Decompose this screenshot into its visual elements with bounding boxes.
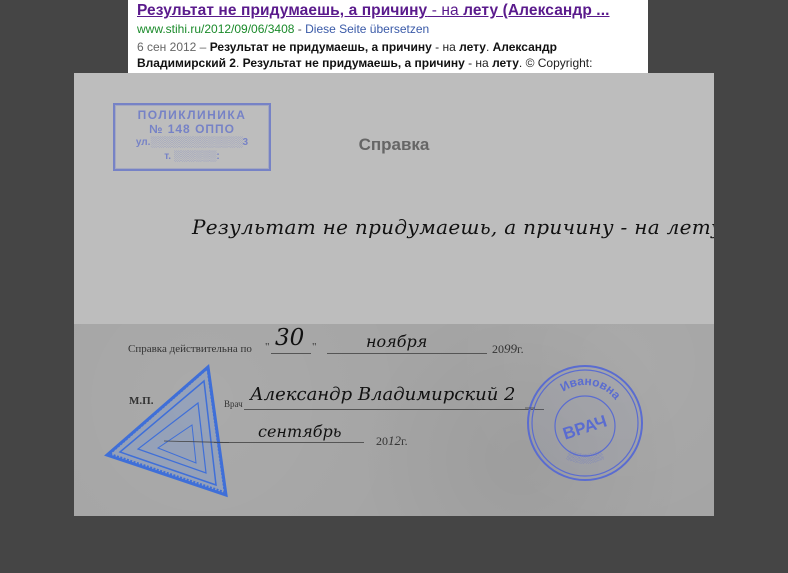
valid-year: 2099г. — [492, 341, 524, 357]
title-part[interactable]: Результат не придумаешь, а причину — [137, 2, 427, 19]
desc-part: - на — [465, 56, 492, 70]
year-suffix: 12 — [388, 433, 401, 448]
search-result-description: 6 сен 2012 – Результат не придумаешь, а … — [137, 39, 647, 71]
year-prefix: 20 — [492, 342, 504, 356]
desc-part: Результат не придумаешь, а причину — [210, 40, 432, 54]
search-result-date: 6 сен 2012 – — [137, 40, 210, 54]
certificate-phrase: Результат не придумаешь, а причину - на … — [192, 215, 714, 239]
search-result-link[interactable]: Результат не придумаешь, а причину - на … — [137, 2, 610, 19]
search-result-title[interactable]: Результат не придумаешь, а причину - на … — [137, 2, 610, 20]
year-unit: г. — [517, 342, 524, 356]
quote-close: " — [312, 341, 317, 353]
desc-part: . — [486, 40, 493, 54]
year-unit: г. — [401, 434, 408, 448]
doctor-underline — [244, 409, 544, 410]
stamp-line: № 148 ОППО — [115, 122, 269, 136]
certificate-title: Справка — [74, 135, 714, 155]
issue-month-underline — [214, 442, 364, 443]
year-suffix: 99 — [504, 341, 517, 356]
quote-open: " — [265, 341, 270, 353]
title-part[interactable]: лету (Александр ... — [463, 2, 609, 19]
issue-month: сентябрь — [258, 422, 341, 441]
search-result-snippet: Результат не придумаешь, а причину - на … — [128, 0, 648, 73]
issue-year: 2012г. — [376, 433, 408, 449]
year-prefix: 20 — [376, 434, 388, 448]
valid-day: 30 — [275, 325, 304, 351]
search-result-url: www.stihi.ru/2012/09/06/3408 — [137, 22, 294, 36]
month-underline — [327, 353, 487, 354]
round-doctor-stamp-icon: Ивановна ░░░░░░ ВРАЧ — [525, 363, 645, 483]
medical-certificate-image: ПОЛИКЛИНИКА № 148 ОППО ул.░░░░░░░░░░░░░3… — [74, 73, 714, 516]
desc-part: Результат не придумаешь, а причину — [243, 56, 465, 70]
desc-part: . — [236, 56, 243, 70]
desc-part: - на — [432, 40, 459, 54]
triangle-stamp-icon — [104, 363, 229, 503]
desc-part: . © Copyright: — [519, 56, 593, 70]
translate-link[interactable]: Diese Seite übersetzen — [305, 22, 429, 36]
title-part[interactable]: - на — [427, 2, 463, 19]
day-underline — [271, 353, 311, 354]
search-result-url-row: www.stihi.ru/2012/09/06/3408 - Diese Sei… — [137, 22, 429, 36]
doctor-name: Александр Владимирский 2 — [250, 384, 515, 405]
url-separator: - — [294, 22, 305, 36]
valid-until-label: Справка действительна по — [128, 343, 252, 355]
desc-part: лету — [459, 40, 486, 54]
stamp-line: ПОЛИКЛИНИКА — [115, 108, 269, 122]
desc-part: лету — [492, 56, 519, 70]
valid-month: ноября — [366, 332, 427, 351]
